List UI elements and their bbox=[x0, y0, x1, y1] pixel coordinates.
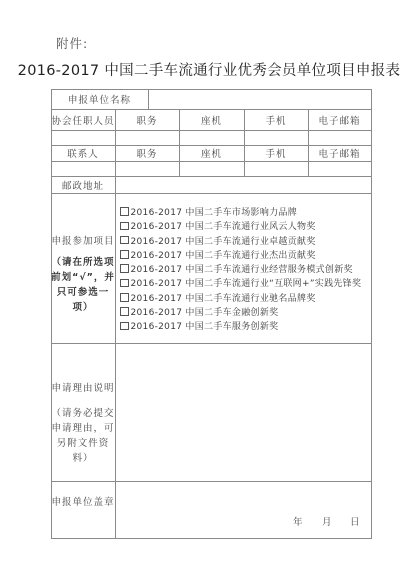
project-options-list: 2016-2017 中国二手车市场影响力品牌 2016-2017 中国二手车流通… bbox=[120, 206, 361, 335]
project-option-label: 2016-2017 中国二手车流通行业“互联网+”实践先锋奖 bbox=[131, 279, 362, 289]
contact-name-field[interactable] bbox=[51, 161, 115, 176]
staff-name-field[interactable] bbox=[51, 130, 115, 145]
project-option[interactable]: 2016-2017 中国二手车流通行业经营服务模式创新奖 bbox=[120, 263, 361, 277]
row-divider bbox=[51, 193, 371, 194]
staff-mobile-field[interactable] bbox=[244, 130, 308, 145]
unit-name-label: 申报单位名称 bbox=[51, 89, 148, 109]
reason-label: 申请理由说明 bbox=[51, 381, 115, 396]
reason-field[interactable] bbox=[116, 344, 371, 481]
contact-position-header: 职务 bbox=[115, 145, 179, 161]
reason-note-line: 另附文件资 bbox=[51, 436, 115, 451]
contact-landline-field[interactable] bbox=[179, 161, 244, 176]
address-field[interactable] bbox=[116, 177, 371, 193]
date-month: 月 bbox=[322, 514, 332, 528]
project-option-label: 2016-2017 中国二手车流通行业风云人物奖 bbox=[131, 222, 316, 232]
staff-email-header: 电子邮箱 bbox=[308, 109, 371, 130]
staff-mobile-header: 手机 bbox=[244, 109, 308, 130]
project-option-label: 2016-2017 中国二手车流通行业杰出贡献奖 bbox=[131, 251, 316, 261]
contact-label: 联系人 bbox=[51, 145, 115, 161]
project-option[interactable]: 2016-2017 中国二手车流通行业杰出贡献奖 bbox=[120, 249, 361, 263]
staff-landline-field[interactable] bbox=[179, 130, 244, 145]
checkbox-icon[interactable] bbox=[120, 236, 129, 245]
projects-label-block: 申报参加项目 （请在所选项 前划“√”，并 只可参选一 项） bbox=[51, 234, 115, 315]
project-option-label: 2016-2017 中国二手车服务创新奖 bbox=[131, 322, 279, 332]
project-option-label: 2016-2017 中国二手车金融创新奖 bbox=[131, 308, 279, 318]
reason-note-line: 料） bbox=[51, 451, 115, 466]
projects-label: 申报参加项目 bbox=[51, 234, 115, 249]
contact-mobile-field[interactable] bbox=[244, 161, 308, 176]
project-option[interactable]: 2016-2017 中国二手车流通行业卓越贡献奖 bbox=[120, 235, 361, 249]
contact-position-field[interactable] bbox=[115, 161, 179, 176]
checkbox-icon[interactable] bbox=[120, 322, 129, 331]
projects-note-line: 只可参选一 bbox=[51, 285, 115, 300]
project-option-label: 2016-2017 中国二手车流通行业驰名品牌奖 bbox=[131, 294, 316, 304]
staff-label: 协会任职人员 bbox=[51, 109, 115, 130]
project-option[interactable]: 2016-2017 中国二手车流通行业“互联网+”实践先锋奖 bbox=[120, 277, 361, 291]
project-option-label: 2016-2017 中国二手车流通行业经营服务模式创新奖 bbox=[131, 265, 353, 275]
project-option[interactable]: 2016-2017 中国二手车流通行业风云人物奖 bbox=[120, 220, 361, 234]
unit-name-field[interactable] bbox=[149, 90, 371, 109]
checkbox-icon[interactable] bbox=[120, 293, 129, 302]
reason-note-line: 申请理由，可 bbox=[51, 421, 115, 436]
form-title: 2016-2017 中国二手车流通行业优秀会员单位项目申报表 bbox=[0, 59, 418, 80]
date-year: 年 bbox=[293, 514, 303, 528]
checkbox-icon[interactable] bbox=[120, 264, 129, 273]
project-option-label: 2016-2017 中国二手车市场影响力品牌 bbox=[131, 208, 298, 218]
project-option[interactable]: 2016-2017 中国二手车服务创新奖 bbox=[120, 320, 361, 334]
checkbox-icon[interactable] bbox=[120, 250, 129, 259]
checkbox-icon[interactable] bbox=[120, 207, 129, 216]
staff-email-field[interactable] bbox=[308, 130, 371, 145]
checkbox-icon[interactable] bbox=[120, 222, 129, 231]
project-option-label: 2016-2017 中国二手车流通行业卓越贡献奖 bbox=[131, 237, 316, 247]
projects-note-line: （请在所选项 bbox=[51, 255, 115, 270]
contact-email-header: 电子邮箱 bbox=[308, 145, 371, 161]
project-option[interactable]: 2016-2017 中国二手车金融创新奖 bbox=[120, 306, 361, 320]
date-day: 日 bbox=[350, 514, 360, 528]
project-option[interactable]: 2016-2017 中国二手车流通行业驰名品牌奖 bbox=[120, 292, 361, 306]
projects-note-line: 项） bbox=[51, 300, 115, 315]
address-label: 邮政地址 bbox=[51, 176, 115, 193]
table-border-bottom bbox=[51, 538, 372, 539]
seal-area[interactable] bbox=[116, 482, 371, 538]
attachment-label: 附件: bbox=[56, 34, 88, 52]
checkbox-icon[interactable] bbox=[120, 279, 129, 288]
projects-note-line: 前划“√”，并 bbox=[51, 270, 115, 285]
reason-label-block: 申请理由说明 （请务必提交 申请理由，可 另附文件资 料） bbox=[51, 381, 115, 466]
application-form-table: 申报单位名称 协会任职人员 职务 座机 手机 电子邮箱 联系人 职务 座机 手机… bbox=[51, 89, 371, 538]
table-border-right bbox=[371, 89, 372, 538]
staff-landline-header: 座机 bbox=[179, 109, 244, 130]
seal-label: 申报单位盖章 bbox=[51, 481, 115, 521]
staff-position-field[interactable] bbox=[115, 130, 179, 145]
contact-landline-header: 座机 bbox=[179, 145, 244, 161]
checkbox-icon[interactable] bbox=[120, 307, 129, 316]
contact-mobile-header: 手机 bbox=[244, 145, 308, 161]
reason-note-line: （请务必提交 bbox=[51, 406, 115, 421]
staff-position-header: 职务 bbox=[115, 109, 179, 130]
contact-email-field[interactable] bbox=[308, 161, 371, 176]
project-option[interactable]: 2016-2017 中国二手车市场影响力品牌 bbox=[120, 206, 361, 220]
